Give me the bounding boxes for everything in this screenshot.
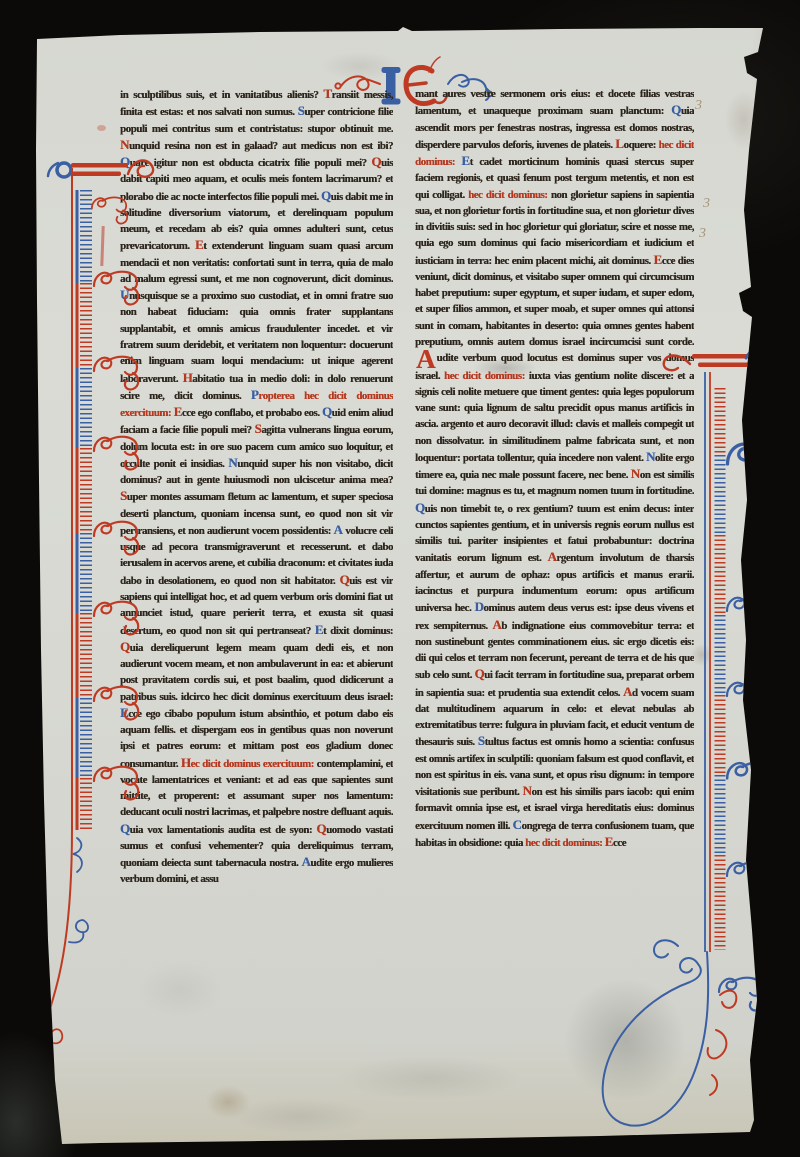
text-segment: T	[323, 86, 331, 101]
text-segment: H	[183, 370, 193, 385]
text-segment: nusquisque se a proximo suo custodiat, e…	[120, 290, 393, 384]
text-segment: N	[228, 455, 237, 470]
text-segment: in sculptilibus suis, et in vanitatibus …	[120, 89, 323, 101]
manuscript-leaf: in sculptilibus suis, et in vanitatibus …	[0, 0, 800, 1157]
red-smudge-mark	[97, 125, 106, 131]
text-segment: Q	[321, 188, 331, 203]
text-segment: cce dies veniunt, dicit dominus, et visi…	[415, 255, 694, 348]
text-segment: hec dicit dominus:	[468, 189, 551, 201]
text-segment: Q	[371, 154, 381, 169]
right-margin-flourish-bar	[550, 340, 800, 1150]
margin-mark: 3	[699, 226, 706, 242]
text-segment: E	[174, 404, 182, 419]
text-segment: Q	[316, 821, 326, 836]
text-segment: E	[653, 252, 661, 267]
text-segment: uia dereliquerunt legem meam quam dedi e…	[120, 642, 393, 703]
photo-background: in sculptilibus suis, et in vanitatibus …	[0, 0, 800, 1157]
text-segment: S	[478, 733, 485, 748]
text-segment: E	[195, 237, 203, 252]
text-segment: hec dicit dominus:	[444, 370, 529, 382]
text-column-left: in sculptilibus suis, et in vanitatibus …	[120, 86, 393, 933]
text-segment: Q	[415, 500, 425, 515]
text-segment: ec dicit dominus exercituum:	[191, 758, 317, 770]
text-segment: mant aures vestre sermonem oris eius: et…	[415, 88, 694, 117]
margin-mark: 3	[695, 98, 702, 114]
text-segment: unquid resina non est in galaad? aut med…	[129, 140, 393, 152]
margin-mark: 3	[703, 196, 710, 212]
text-segment: cce ego conflabo, et probabo eos.	[182, 407, 322, 419]
text-segment: Q	[339, 572, 349, 587]
text-segment: Q	[474, 666, 484, 681]
text-segment: oquere:	[623, 139, 658, 151]
text-segment: uare igitur non est obducta cicatrix fil…	[130, 157, 372, 169]
text-segment: H	[181, 755, 191, 770]
left-margin-flourish-bar	[25, 148, 160, 1048]
text-segment: Q	[322, 404, 332, 419]
text-segment: A	[492, 617, 501, 632]
text-segment: t dixit dominus:	[323, 625, 393, 637]
text-segment: Q	[671, 102, 681, 117]
text-segment: E	[461, 153, 469, 168]
text-segment: E	[315, 622, 323, 637]
